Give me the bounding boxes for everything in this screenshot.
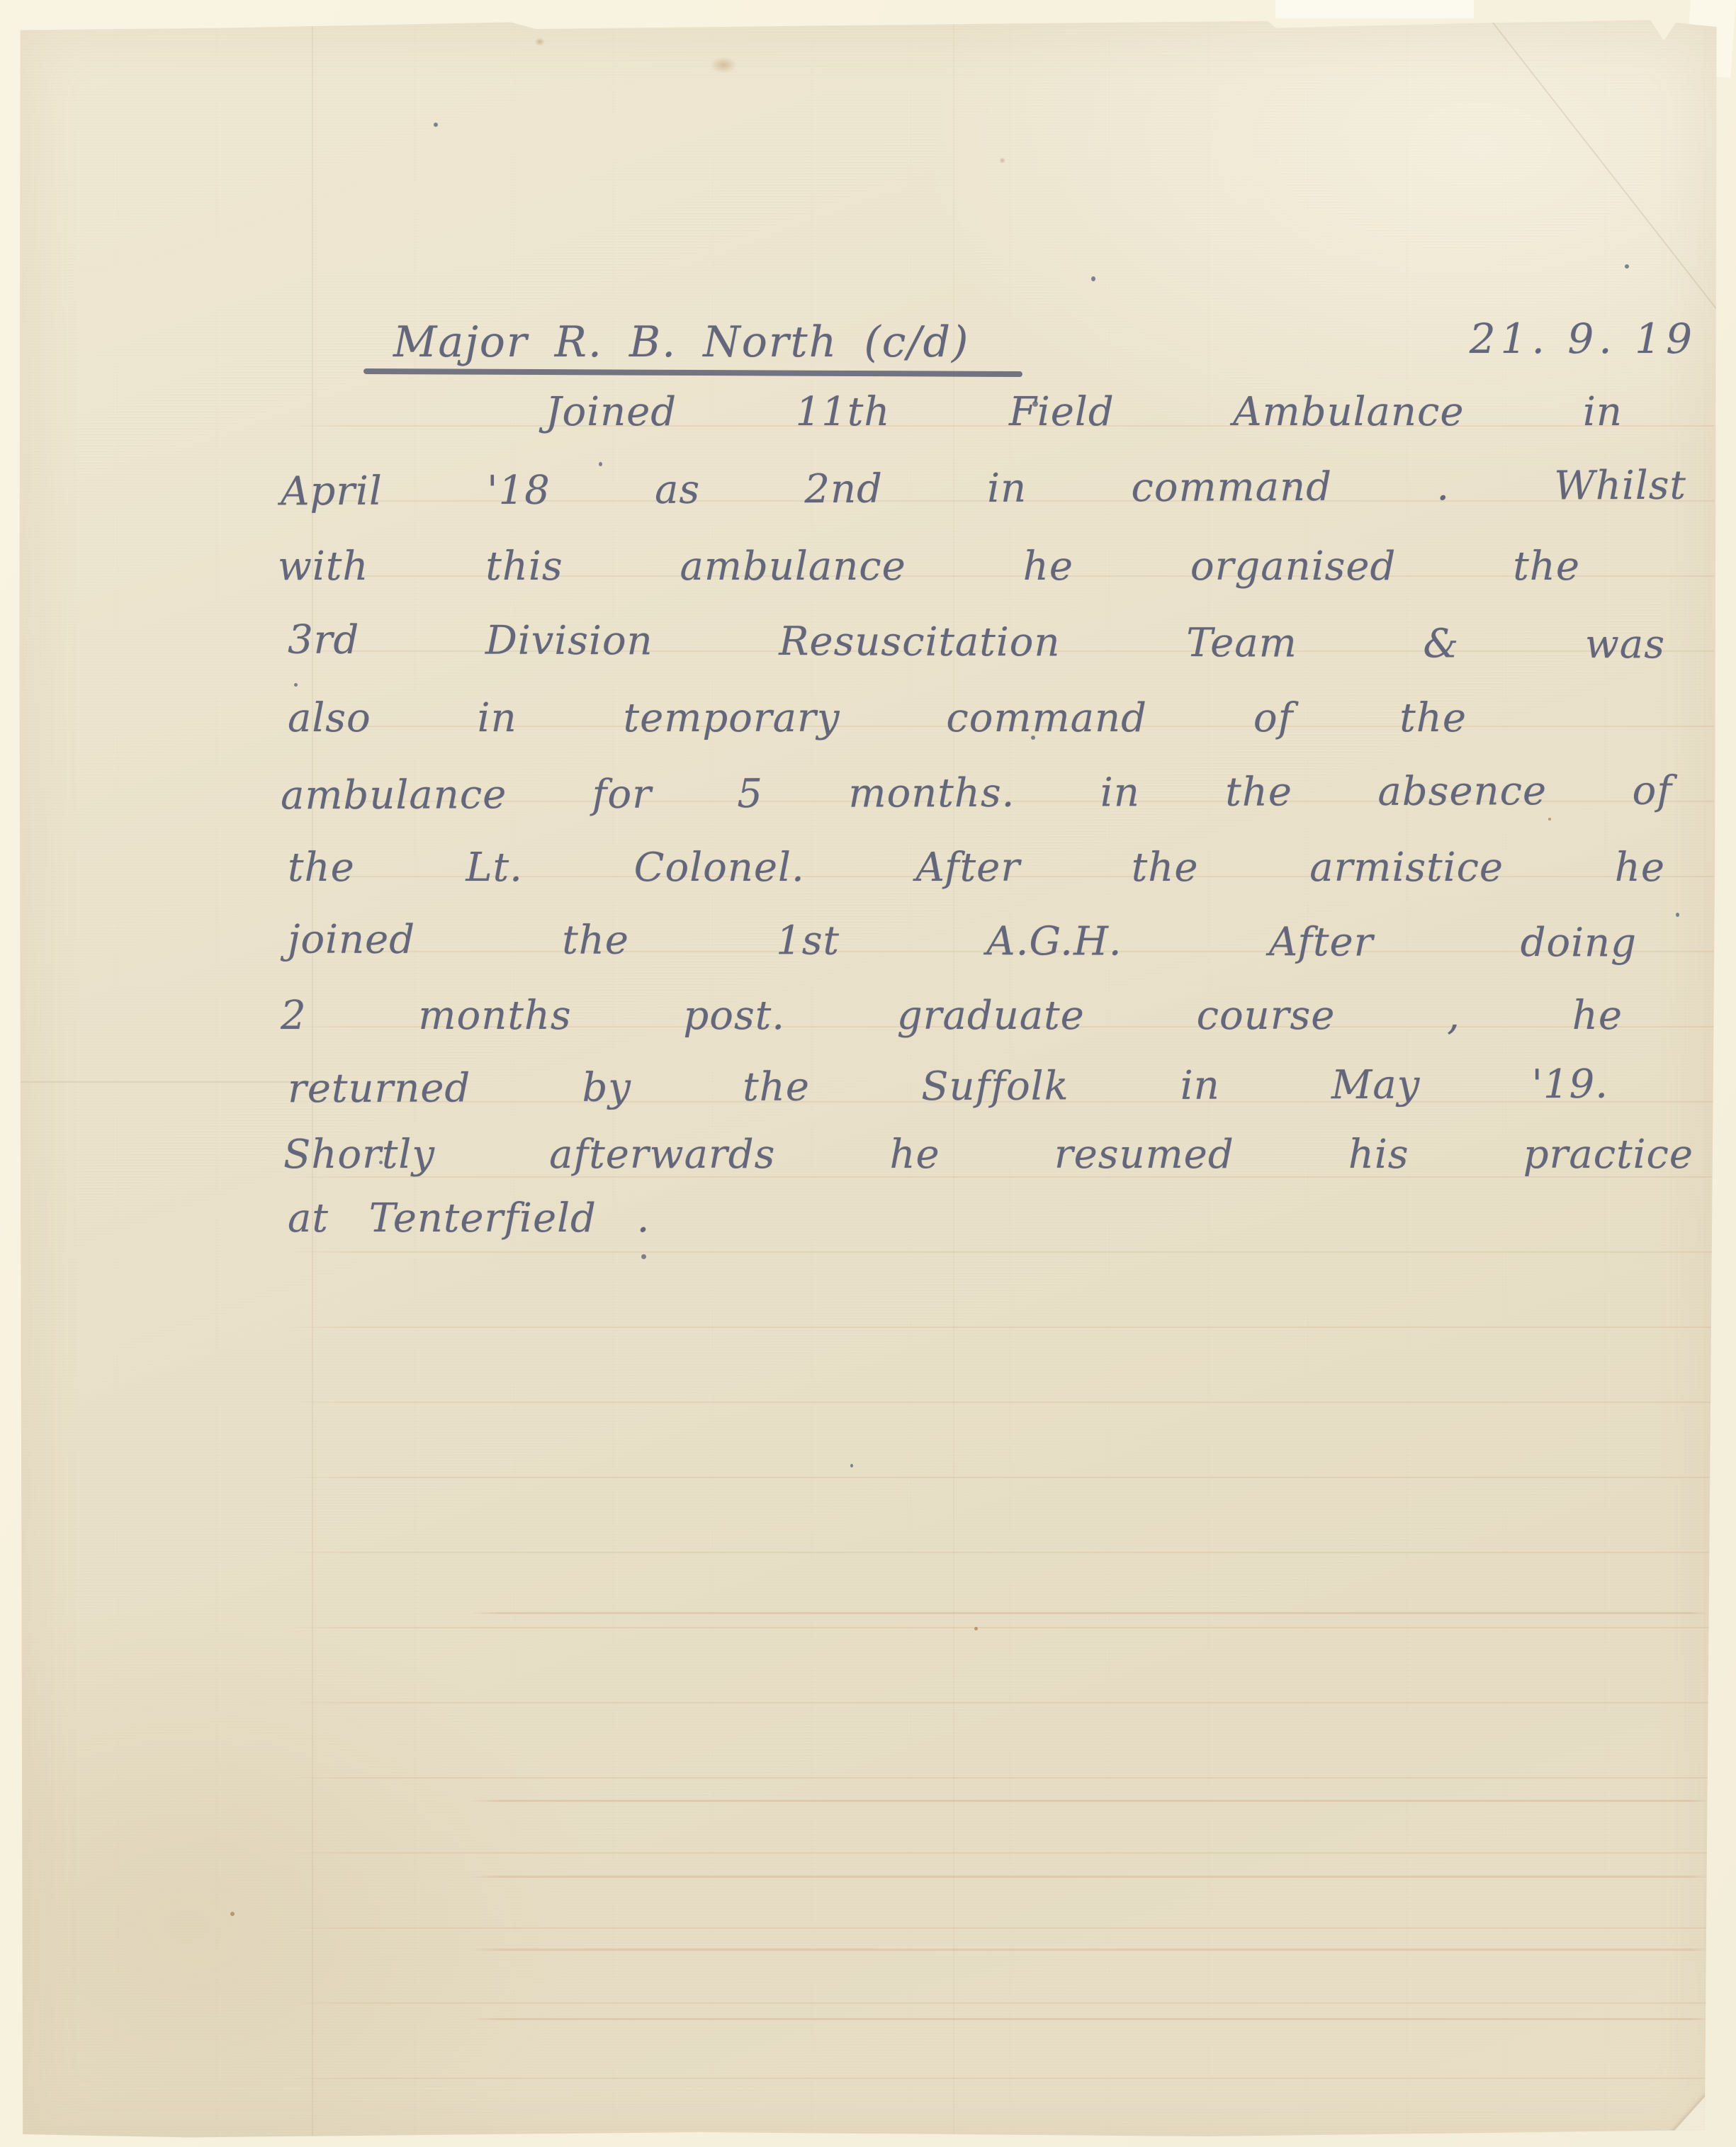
handwritten-line: with this ambulance he organised the — [278, 541, 1580, 592]
stain-speck — [230, 1912, 235, 1916]
handwritten-line: joined the 1st A.G.H. After doing — [288, 915, 1637, 969]
ink-speck — [599, 462, 602, 466]
stain-speck — [974, 1627, 978, 1630]
paper-sheet: Major R. B. North (c/d) 21. 9. 19 Joined… — [18, 18, 1718, 2138]
handwritten-line: 3rd Division Resuscitation Team & was — [288, 615, 1665, 671]
ink-speck — [294, 683, 298, 687]
ink-speck — [641, 1254, 646, 1259]
ink-speck — [1032, 401, 1038, 407]
ink-speck — [1625, 264, 1629, 269]
ink-speck — [1031, 736, 1035, 740]
ink-speck — [1676, 913, 1679, 917]
background-paper-scrap — [1275, 0, 1474, 18]
ink-speck — [850, 1464, 853, 1467]
handwritten-line: Shortly afterwards he resumed his practi… — [283, 1129, 1693, 1180]
ink-speck — [1091, 276, 1095, 281]
stain-speck — [1548, 818, 1551, 821]
ink-speck — [434, 123, 438, 127]
document-scan: Major R. B. North (c/d) 21. 9. 19 Joined… — [0, 0, 1736, 2147]
handwritten-line: also in temporary command of the — [288, 693, 1467, 744]
handwriting-body: Joined 11th Field Ambulance in April '18… — [18, 18, 1718, 2138]
handwritten-line: Joined 11th Field Ambulance in — [546, 387, 1623, 438]
handwritten-line: April '18 as 2nd in command . Whilst — [281, 461, 1686, 518]
handwritten-line: returned by the Suffolk in May '19. — [288, 1059, 1608, 1115]
handwritten-line: 2 months post. graduate course , he — [281, 991, 1623, 1042]
handwritten-line: the Lt. Colonel. After the armistice he — [288, 843, 1665, 894]
ink-speck — [379, 1161, 383, 1164]
folded-corner — [1667, 2082, 1718, 2138]
ink-speck — [1288, 484, 1292, 488]
handwritten-line: at Tenterfield . — [288, 1193, 650, 1244]
handwritten-line: ambulance for 5 months. in the absence o… — [281, 766, 1672, 822]
